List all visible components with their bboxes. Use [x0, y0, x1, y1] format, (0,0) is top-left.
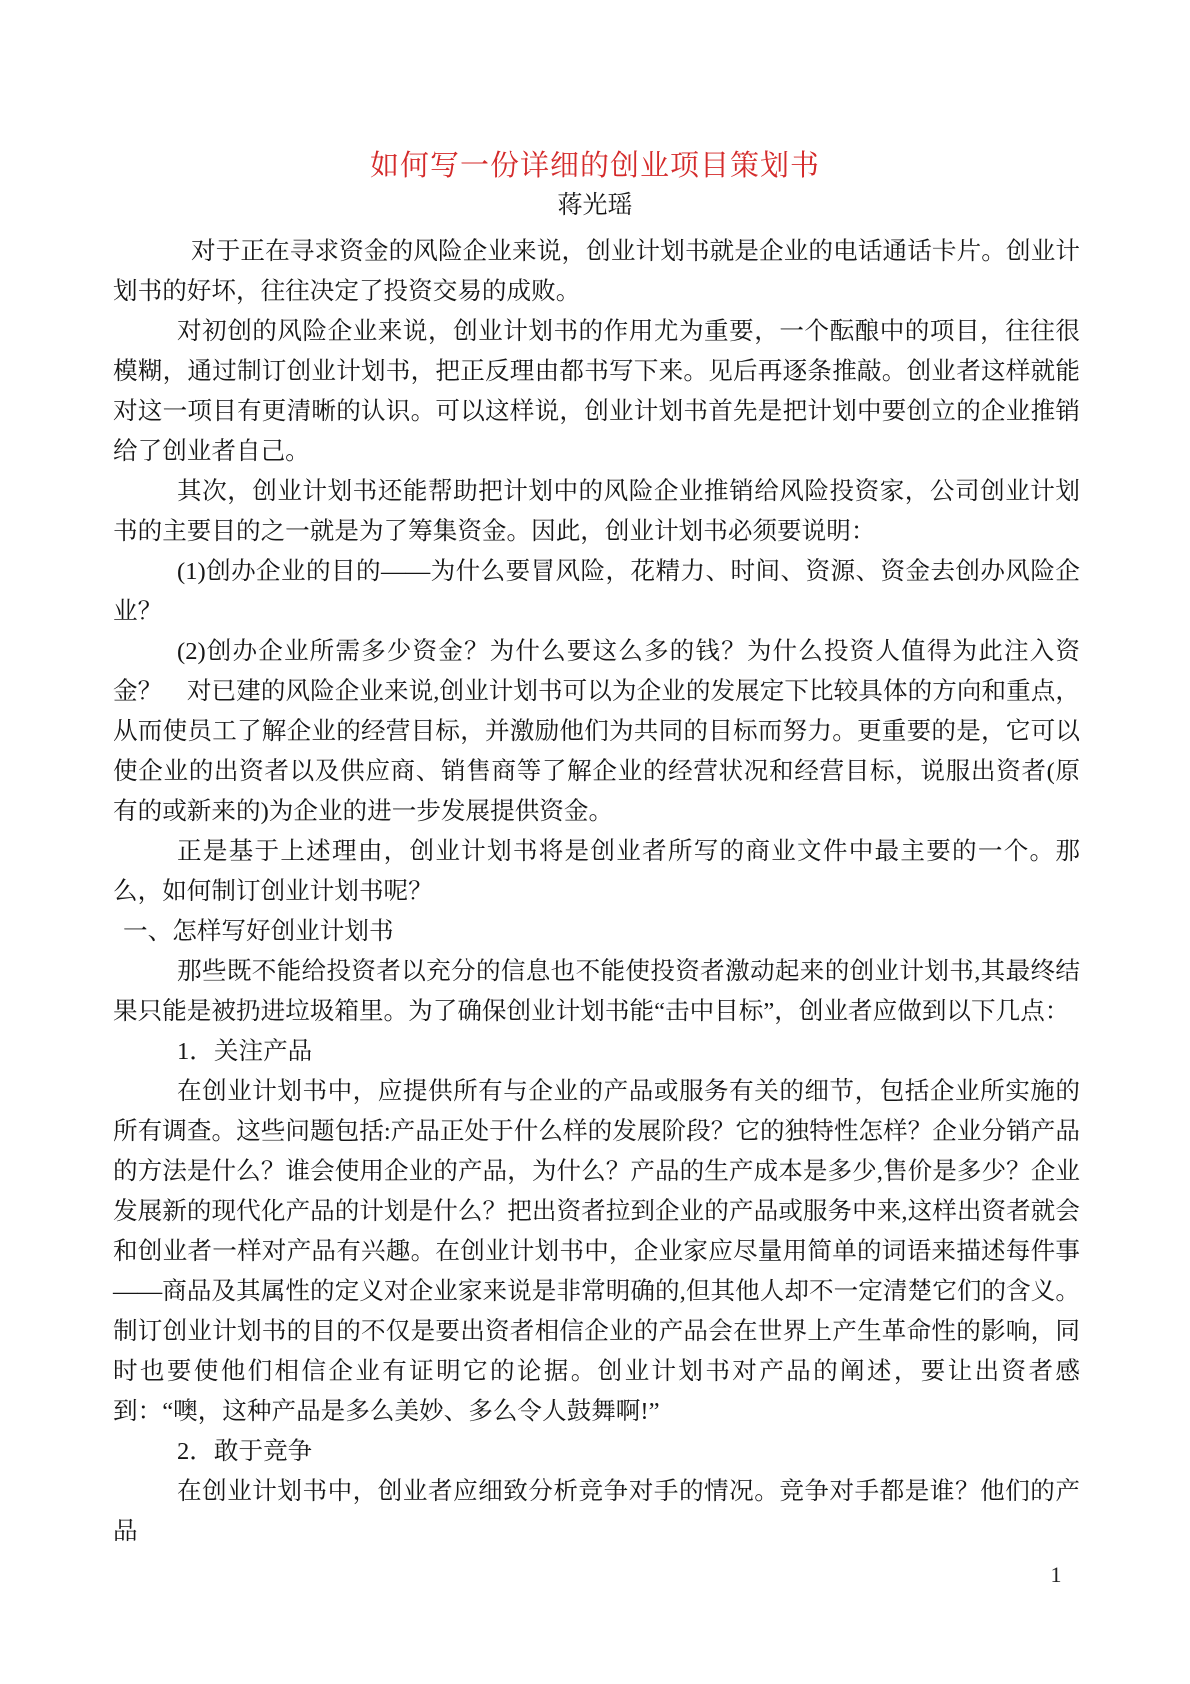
- document-body: 对于正在寻求资金的风险企业来说，创业计划书就是企业的电话通话卡片。创业计划书的好…: [113, 232, 1080, 1552]
- paragraph: 那些既不能给投资者以充分的信息也不能使投资者激动起来的创业计划书,其最终结果只能…: [113, 952, 1080, 1032]
- paragraph: 1．关注产品: [113, 1032, 1080, 1072]
- paragraph: 正是基于上述理由，创业计划书将是创业者所写的商业文件中最主要的一个。那么，如何制…: [113, 832, 1080, 912]
- document-title: 如何写一份详细的创业项目策划书: [0, 146, 1190, 186]
- paragraph: 在创业计划书中，应提供所有与企业的产品或服务有关的细节，包括企业所实施的所有调查…: [113, 1072, 1080, 1432]
- paragraph: 在创业计划书中，创业者应细致分析竞争对手的情况。竞争对手都是谁？他们的产品: [113, 1472, 1080, 1552]
- paragraph: 对于正在寻求资金的风险企业来说，创业计划书就是企业的电话通话卡片。创业计划书的好…: [113, 232, 1080, 312]
- paragraph: (2)创办企业所需多少资金？为什么要这么多的钱？为什么投资人值得为此注入资金？ …: [113, 632, 1080, 832]
- author-line: 蒋光瑶: [0, 186, 1190, 226]
- paragraph: (1)创办企业的目的——为什么要冒风险，花精力、时间、资源、资金去创办风险企业？: [113, 552, 1080, 632]
- document-page: 如何写一份详细的创业项目策划书 蒋光瑶 对于正在寻求资金的风险企业来说，创业计划…: [0, 0, 1190, 1684]
- paragraph: 对初创的风险企业来说，创业计划书的作用尤为重要，一个酝酿中的项目，往往很模糊，通…: [113, 312, 1080, 472]
- page-number: 1: [1040, 1560, 1072, 1590]
- paragraph: 其次，创业计划书还能帮助把计划中的风险企业推销给风险投资家，公司创业计划书的主要…: [113, 472, 1080, 552]
- paragraph: 2．敢于竞争: [113, 1432, 1080, 1472]
- paragraph: 一、怎样写好创业计划书: [113, 912, 1080, 952]
